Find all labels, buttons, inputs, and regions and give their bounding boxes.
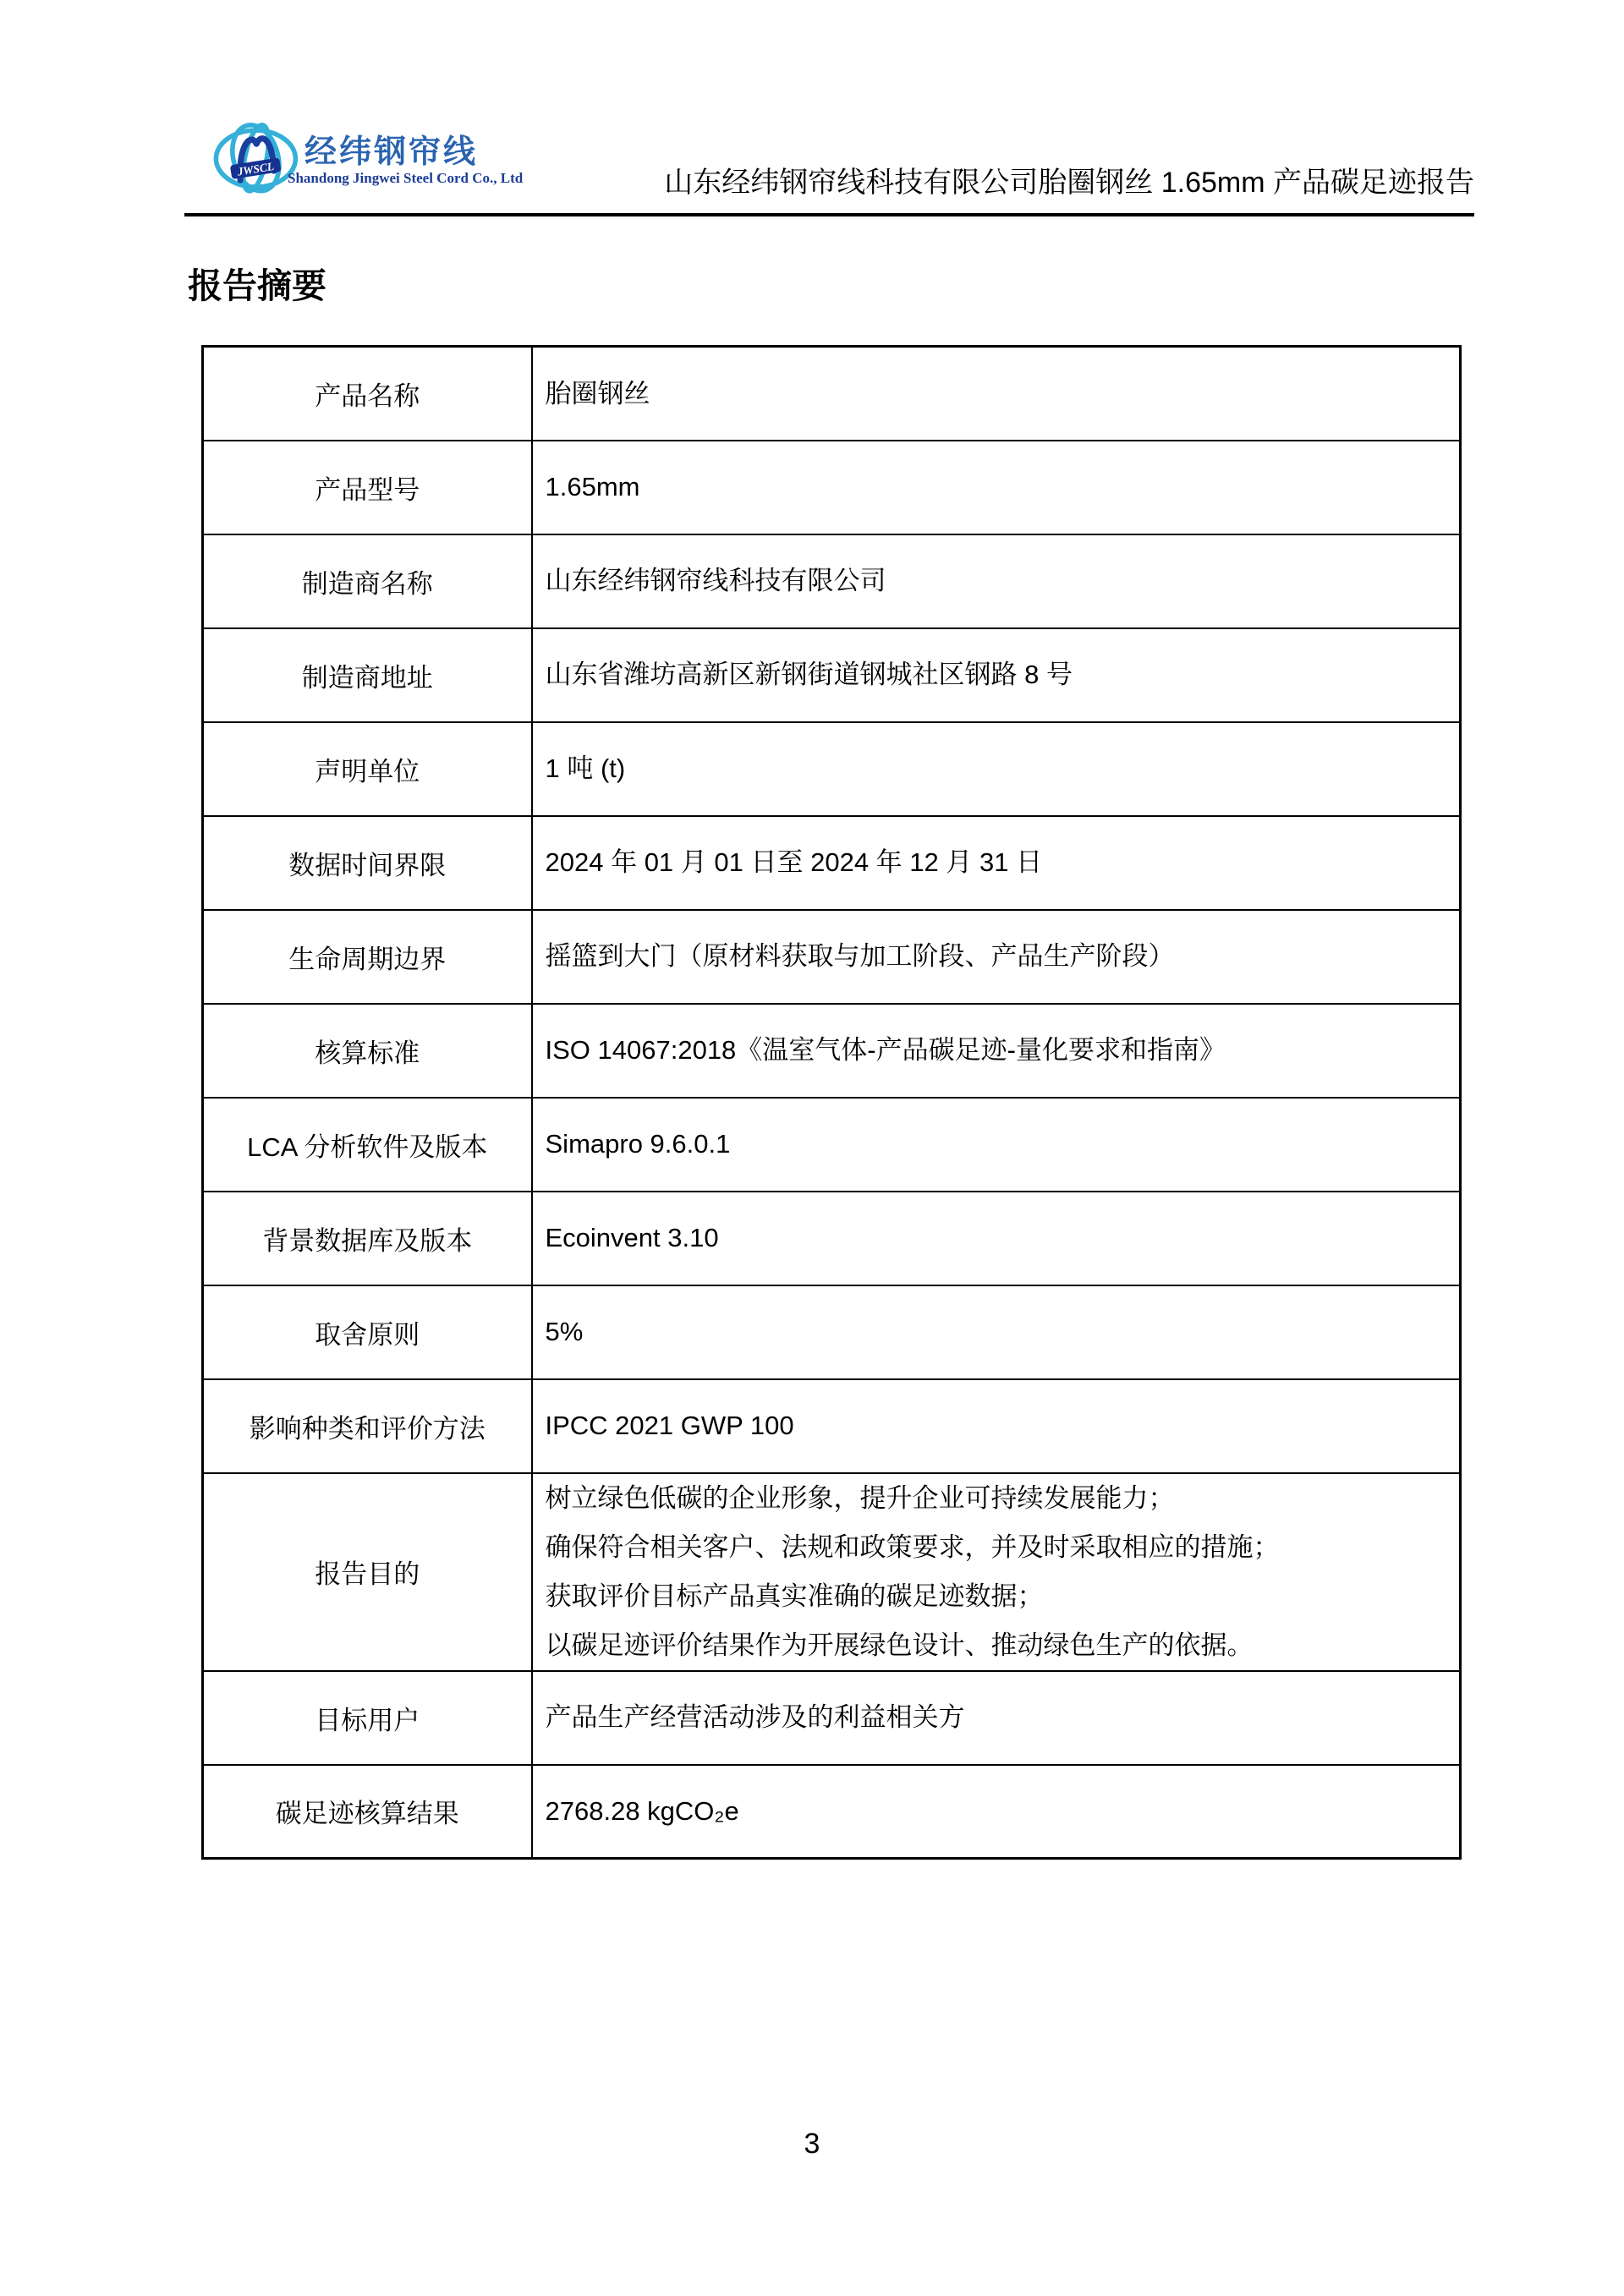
row-label: 制造商名称 bbox=[203, 534, 532, 628]
section-heading-report-summary: 报告摘要 bbox=[188, 258, 326, 308]
row-label: 影响种类和评价方法 bbox=[203, 1379, 532, 1473]
row-value: 产品生产经营活动涉及的利益相关方 bbox=[532, 1671, 1461, 1765]
report-summary-table: 产品名称 胎圈钢丝 产品型号 1.65mm 制造商名称 山东经纬钢帘线科技有限公… bbox=[201, 345, 1462, 1860]
header-divider-line bbox=[184, 213, 1474, 216]
table-row: 产品型号 1.65mm bbox=[203, 441, 1461, 534]
report-header-title: 山东经纬钢帘线科技有限公司胎圈钢丝 1.65mm 产品碳足迹报告 bbox=[664, 167, 1474, 199]
page-number: 3 bbox=[0, 2128, 1624, 2161]
logo-company-name-en: Shandong Jingwei Steel Cord Co., Ltd bbox=[288, 170, 523, 187]
company-logo: JWSCL 经纬钢帘线 Shandong Jingwei Steel Cord … bbox=[213, 117, 492, 210]
table-row: 背景数据库及版本 Ecoinvent 3.10 bbox=[203, 1192, 1461, 1285]
row-label: 目标用户 bbox=[203, 1671, 532, 1765]
table-row: LCA 分析软件及版本 Simapro 9.6.0.1 bbox=[203, 1098, 1461, 1192]
table-row: 目标用户 产品生产经营活动涉及的利益相关方 bbox=[203, 1671, 1461, 1765]
row-label: 声明单位 bbox=[203, 722, 532, 816]
row-value: 摇篮到大门（原材料获取与加工阶段、产品生产阶段） bbox=[532, 910, 1461, 1004]
table-row: 制造商名称 山东经纬钢帘线科技有限公司 bbox=[203, 534, 1461, 628]
logo-company-name-zh: 经纬钢帘线 bbox=[304, 125, 478, 172]
table-row: 影响种类和评价方法 IPCC 2021 GWP 100 bbox=[203, 1379, 1461, 1473]
row-value: 1 吨 (t) bbox=[532, 722, 1461, 816]
table-row: 报告目的 树立绿色低碳的企业形象，提升企业可持续发展能力； 确保符合相关客户、法… bbox=[203, 1473, 1461, 1671]
row-label: 报告目的 bbox=[203, 1473, 532, 1671]
row-label: 碳足迹核算结果 bbox=[203, 1765, 532, 1859]
row-label: LCA 分析软件及版本 bbox=[203, 1098, 532, 1192]
table-row: 碳足迹核算结果 2768.28 kgCO₂e bbox=[203, 1765, 1461, 1859]
row-label: 制造商地址 bbox=[203, 628, 532, 722]
row-label: 产品型号 bbox=[203, 441, 532, 534]
row-value: 2768.28 kgCO₂e bbox=[532, 1765, 1461, 1859]
table-row: 生命周期边界 摇篮到大门（原材料获取与加工阶段、产品生产阶段） bbox=[203, 910, 1461, 1004]
row-value: 2024 年 01 月 01 日至 2024 年 12 月 31 日 bbox=[532, 816, 1461, 910]
row-value: Simapro 9.6.0.1 bbox=[532, 1098, 1461, 1192]
table-row: 声明单位 1 吨 (t) bbox=[203, 722, 1461, 816]
table-row: 制造商地址 山东省潍坊高新区新钢街道钢城社区钢路 8 号 bbox=[203, 628, 1461, 722]
row-label: 核算标准 bbox=[203, 1004, 532, 1098]
row-label: 背景数据库及版本 bbox=[203, 1192, 532, 1285]
row-value: 树立绿色低碳的企业形象，提升企业可持续发展能力； 确保符合相关客户、法规和政策要… bbox=[532, 1473, 1461, 1671]
table-row: 数据时间界限 2024 年 01 月 01 日至 2024 年 12 月 31 … bbox=[203, 816, 1461, 910]
row-value: 1.65mm bbox=[532, 441, 1461, 534]
row-label: 产品名称 bbox=[203, 347, 532, 441]
row-value: 5% bbox=[532, 1285, 1461, 1379]
row-value: ISO 14067:2018《温室气体-产品碳足迹-量化要求和指南》 bbox=[532, 1004, 1461, 1098]
table-row: 取舍原则 5% bbox=[203, 1285, 1461, 1379]
row-label: 取舍原则 bbox=[203, 1285, 532, 1379]
table-row: 核算标准 ISO 14067:2018《温室气体-产品碳足迹-量化要求和指南》 bbox=[203, 1004, 1461, 1098]
row-label: 生命周期边界 bbox=[203, 910, 532, 1004]
table-row: 产品名称 胎圈钢丝 bbox=[203, 347, 1461, 441]
row-label: 数据时间界限 bbox=[203, 816, 532, 910]
row-value: 山东省潍坊高新区新钢街道钢城社区钢路 8 号 bbox=[532, 628, 1461, 722]
row-value: 胎圈钢丝 bbox=[532, 347, 1461, 441]
row-value: IPCC 2021 GWP 100 bbox=[532, 1379, 1461, 1473]
row-value: 山东经纬钢帘线科技有限公司 bbox=[532, 534, 1461, 628]
row-value: Ecoinvent 3.10 bbox=[532, 1192, 1461, 1285]
